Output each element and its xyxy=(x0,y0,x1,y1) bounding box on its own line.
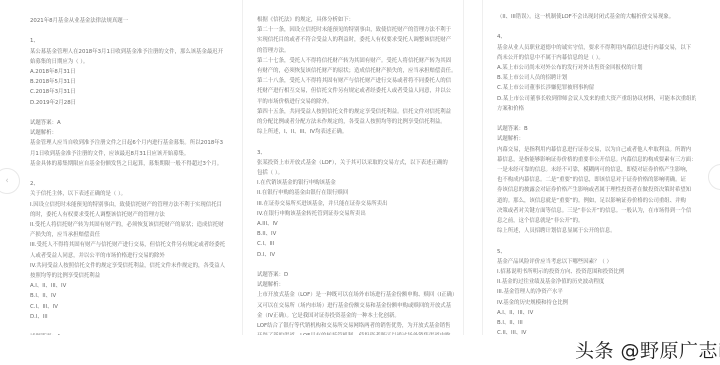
text-line: D.某上市公司董事长收到律师会议人发来的重大资产重组协议材料，可能本次重组的 xyxy=(497,94,696,104)
text-line: 2、 xyxy=(30,179,226,189)
text-line: C.I、III、IV xyxy=(30,302,226,312)
text-line: III.基金管理人的净资产水平 xyxy=(497,287,696,297)
text-line: 平的市场价格进行交易的除外。 xyxy=(257,97,455,107)
text-line: 方案和价格 xyxy=(497,104,696,114)
text-line: 试题答案：D xyxy=(257,270,455,280)
text-line: A.I、II、III、IV xyxy=(30,281,226,291)
text-line: 试题答案：A xyxy=(30,118,226,128)
text-line: 基金具体的募集期限应自基金份额发售之日起算，募集期限一般不得超过3个月。 xyxy=(30,159,226,169)
next-page-button[interactable]: › xyxy=(708,164,720,190)
text-line: 尚未公开的信息中不属于内幕信息的是（ ）。 xyxy=(497,53,696,63)
text-line: 试题解析： xyxy=(257,280,455,290)
text-line xyxy=(257,260,455,270)
document-page-1: 2021年8月基金从业基金法律法规真题一 1、某公募基金管理人在2018年3月1… xyxy=(20,0,234,335)
text-line: 的分配比例或者分配方法未作规定的，各受益人按照均等的比例享受信托利益。 xyxy=(257,117,455,127)
text-line: D.I、IV xyxy=(257,250,455,260)
text-line: 托财产进行相互交易，但信托文件另有规定或者经委托人或者受益人同意，并以公 xyxy=(257,86,455,96)
text-line: B.2018年5月31日 xyxy=(30,77,226,87)
text-line: 券该信息的披露会对证券价格产生影响或者属于理性投资者在做投资决策时希望知 xyxy=(497,185,696,195)
text-line: II.在银行申购的基金由银行在银行赎回 xyxy=(257,188,455,198)
text-line: C.II、III、IV xyxy=(497,328,696,335)
text-line: 产损失的，应当承担赔偿责任 xyxy=(30,230,226,240)
text-line: A.某上市公司尚未对外公布的发行对外出售资金回报权的计划 xyxy=(497,63,696,73)
text-line: 4、 xyxy=(497,32,696,42)
text-line: C.某上市公司董事长涉嫌犯罪被刑事拘留 xyxy=(497,83,696,93)
text-line: 综上所述，I、II、III、IV均表述正确。 xyxy=(257,127,455,137)
text-line: 金（IV正确）。它是我国对证券投资基金的一种本土化创新。 xyxy=(257,311,455,321)
text-line xyxy=(30,108,226,118)
text-line: II.基金的过往业绩及基金净值的历史波动程度 xyxy=(497,277,696,287)
text-line xyxy=(30,26,226,36)
text-line: 内幕交易，是指利用内幕信息进行证券交易，以为自己或者他人牟取利益。所谓内 xyxy=(497,145,696,155)
text-line: 试题答案：B xyxy=(497,124,696,134)
text-line: 有财产的，必须恢复该信托财产的原状；造成信托财产损失的，应当承担赔偿责任。 xyxy=(257,66,455,76)
text-line: 1、 xyxy=(30,36,226,46)
text-line: 关于信托主体，以下表述正确的是（ ）。 xyxy=(30,189,226,199)
text-line: 又可以在交易所（场内市场）进行基金份额交易和基金份额申购或赎回的开放式基 xyxy=(257,301,455,311)
text-line: I.在代销该基金的银行申购该基金 xyxy=(257,178,455,188)
text-line: C.2018年3月31日 xyxy=(30,87,226,97)
text-line: 2021年8月基金从业基金法律法规真题一 xyxy=(30,16,226,26)
text-line: 也不构成内幕信息。二是“重要”的信息，即该信息对于证券价格的影响明确。证 xyxy=(497,175,696,185)
text-line: 月1日收到基金准予注册的文件，应该最迟8月31日应该开始募集。 xyxy=(30,149,226,159)
text-line: I.招募说明书所明示的投资方向、投资范围和投资比例 xyxy=(497,267,696,277)
text-line: 包括（ ）。 xyxy=(257,168,455,178)
text-line xyxy=(30,169,226,179)
text-line: 张某投资上市开放式基金（LOF），关于其可以采取的交易方式，以下表述正确的 xyxy=(257,158,455,168)
text-line: 5、 xyxy=(497,247,696,257)
text-line: 基金产品风险评价应当考虑以下哪些因素？（ ） xyxy=(497,257,696,267)
text-line: A.I、II、III、IV xyxy=(497,308,696,318)
text-line: 综上所述，人员招聘计划信息显属于公开的信息。 xyxy=(497,226,696,236)
text-line: A.2018年8月31日 xyxy=(30,67,226,77)
text-line xyxy=(30,322,226,332)
text-line: （II、III错误）。这一机制使LOF不会出现封闭式基金的大幅折价交易现象。 xyxy=(497,12,696,22)
text-line: B.I、II、IV xyxy=(30,291,226,301)
text-line: 第二十一条，因设立信托时未能预见的特别事由，致使信托财产的管理方法不利于 xyxy=(257,25,455,35)
text-line: 实现信托目的或者不符合受益人的利益时，委托人有权要求受托人调整该信托财产 xyxy=(257,35,455,45)
text-line: 第二十七条，受托人不得将信托财产转为其固有财产。受托人将信托财产转为其固 xyxy=(257,56,455,66)
text-line: 3、 xyxy=(257,148,455,158)
text-line: B.I、II、III xyxy=(497,318,696,328)
chevron-left-icon: ‹ xyxy=(5,176,9,186)
text-line: D.2019年2月28日 xyxy=(30,98,226,108)
watermark: 头条 @野原广志i xyxy=(575,336,720,363)
text-line: A.III、IV xyxy=(257,219,455,229)
text-line: 的时，委托人有权要求受托人调整该信托财产的管理方法 xyxy=(30,210,226,220)
text-line: 试题解析： xyxy=(497,134,696,144)
text-line: 基金管理人应当自收到准予注册文件之日起6个月内进行基金募集。所以2018年3 xyxy=(30,138,226,148)
text-line: 试题解析： xyxy=(30,128,226,138)
text-line: LOF结合了银行等代销机构和交易所交易网络两者的销售优势，为开放式基金销售 xyxy=(257,321,455,331)
text-line xyxy=(497,236,696,246)
text-line: 始募集的日期应为（ ）。 xyxy=(30,57,226,67)
text-line: 人或者受益人同意，并以公平的市场价格进行交易的除外 xyxy=(30,251,226,261)
text-line: 的管理方法。 xyxy=(257,46,455,56)
text-line xyxy=(497,22,696,32)
document-page-2: 根据《信托法》的规定，具体分析如下：第二十一条，因设立信托时未能预见的特别事由，… xyxy=(242,0,464,335)
document-page-3: （II、III错误）。这一机制使LOF不会出现封闭式基金的大幅折价交易现象。 4… xyxy=(482,0,704,335)
text-line: II.受托人将信托财产转为其固有财产的，必须恢复该信托财产的原状；造成信托财 xyxy=(30,220,226,230)
text-line: D.I、III xyxy=(30,312,226,322)
text-line xyxy=(497,114,696,124)
text-line: III.受托人不得将其固有财产与信托财产进行交易，但信托文件另有规定或者经委托 xyxy=(30,240,226,250)
text-line: C.I、III xyxy=(257,239,455,249)
text-line: IV.在银行申购该基金转托管到证券交易所卖出 xyxy=(257,209,455,219)
text-line: IV.共同受益人按照信托文件的规定享受信托利益，信托文件未作规定的，各受益人 xyxy=(30,261,226,271)
page-1-text: 2021年8月基金从业基金法律法规真题一 1、某公募基金管理人在2018年3月1… xyxy=(30,16,226,335)
text-line: 幕信息，是指能够影响证券价格的重要非公开信息。内幕信息的构成要素有三方面： xyxy=(497,155,696,165)
text-line: 开辟了新的渠道。LOF具有的转托管机制，使投资者既可以通过场外销售渠道申购 xyxy=(257,331,455,335)
text-line: 第四十五条，共同受益人按照信托文件的规定享受信托利益。信托文件对信托利益 xyxy=(257,107,455,117)
text-line: 上市开放式基金（LOF）是一种既可以在场外市场进行基金份额申购、赎回（I正确）， xyxy=(257,290,455,300)
text-line: I.因设立信托时未能预见的特别事由，致使信托财产的管理方法不利于实现信托目 xyxy=(30,200,226,210)
text-line: 道的。那么，该信息就是“重要”的。例如，足以影响证券价格的公司重组、并购 xyxy=(497,196,696,206)
text-line xyxy=(257,137,455,147)
text-line: B.某上市公司人员的招聘计划 xyxy=(497,73,696,83)
page-3-text: （II、III错误）。这一机制使LOF不会出现封闭式基金的大幅折价交易现象。 4… xyxy=(497,12,696,335)
text-line: IV.基金的历史规模和持仓比例 xyxy=(497,298,696,308)
text-line: 息之前，这个信息就是“非公开”的。 xyxy=(497,216,696,226)
text-line: 一是未经可靠的信息。未经不可靠，模糊两可的信息，即使对证券价格产生影响， xyxy=(497,165,696,175)
text-line: III.在证券交易所买进该基金，并只能在证券交易所卖出 xyxy=(257,199,455,209)
text-line: 基金从业人员职业道德中的诚实守信，要求不得利用内幕信息进行内幕交易，以下 xyxy=(497,43,696,53)
text-line: 根据《信托法》的规定，具体分析如下： xyxy=(257,15,455,25)
previous-page-button[interactable]: ‹ xyxy=(0,168,20,194)
text-line: 某公募基金管理人在2018年3月1日收到基金准予注册的文件，那么该基金最迟开 xyxy=(30,47,226,57)
text-line: 按照均等的比例享受信托利益 xyxy=(30,271,226,281)
page-2-text: 根据《信托法》的规定，具体分析如下：第二十一条，因设立信托时未能预见的特别事由，… xyxy=(257,15,455,335)
text-line: 试题答案：A xyxy=(30,332,226,335)
text-line: 决策或者对关键方面等信息。三是“非公开”的信息。一般认为，在市场得到一个信 xyxy=(497,206,696,216)
text-line: 第二十八条，受托人不得将其固有财产与信托财产进行交易或者将不同委托人的信 xyxy=(257,76,455,86)
text-line: B.II、IV xyxy=(257,229,455,239)
